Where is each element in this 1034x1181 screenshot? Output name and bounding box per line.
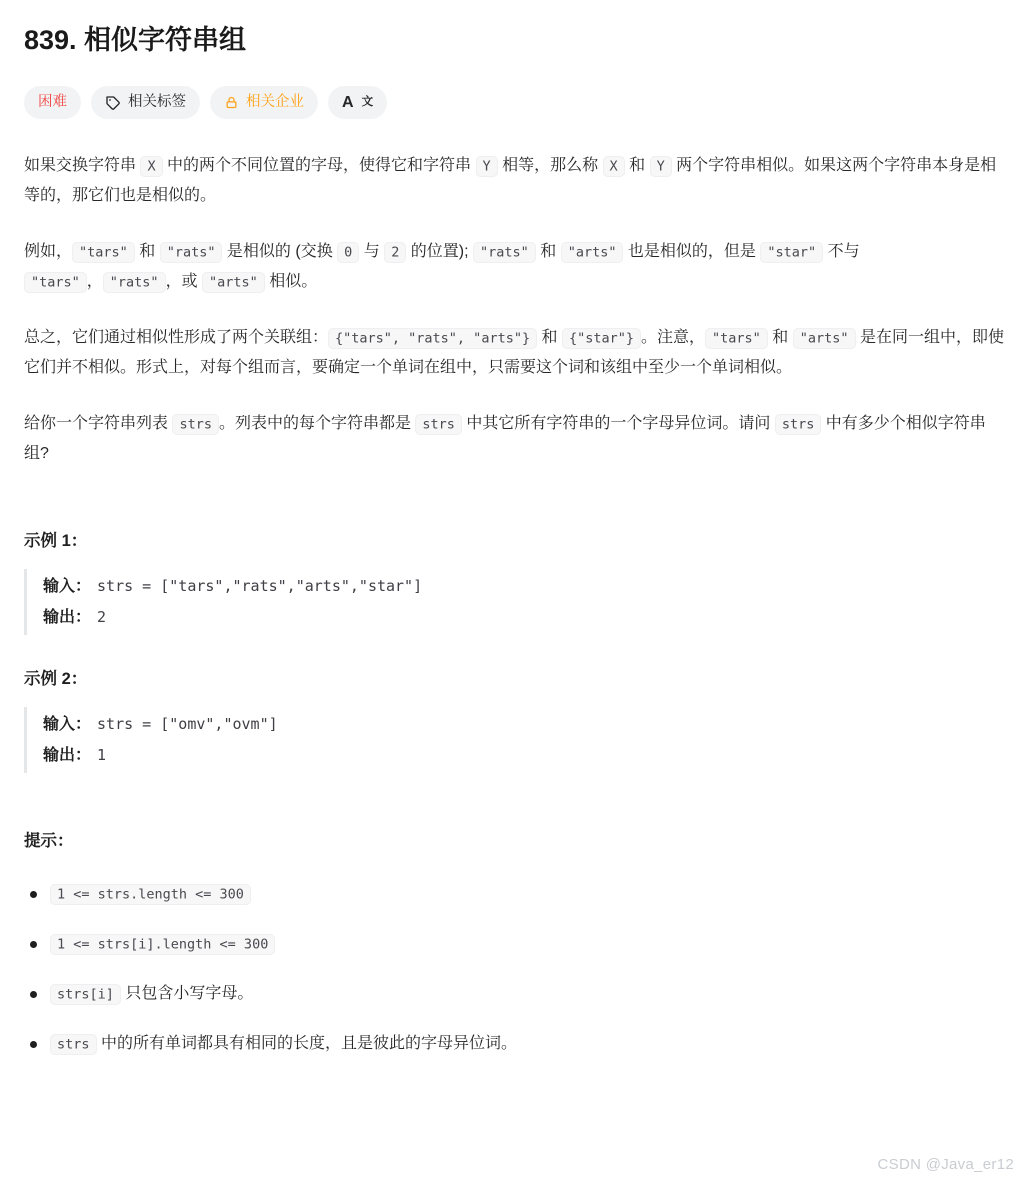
inline-code: {"tars", "rats", "arts"} [328,328,537,349]
inline-code: 0 [337,242,359,263]
inline-code: "rats" [473,242,536,263]
inline-code: X [140,156,162,177]
translate-button[interactable]: A文 [328,86,387,119]
example-2-block: 输入：strs = ["omv","ovm"] 输出：1 [24,707,1010,773]
inline-code: strs [415,414,462,435]
inline-code: {"star"} [562,328,641,349]
inline-code: 1 <= strs[i].length <= 300 [50,934,275,955]
input-label: 输入： [43,716,91,733]
watermark: CSDN @Java_er12 [878,1156,1014,1173]
hints-list: 1 <= strs.length <= 3001 <= strs[i].leng… [24,881,1010,1057]
hint-item: 1 <= strs[i].length <= 300 [24,931,1010,957]
description-paragraph: 给你一个字符串列表 strs。列表中的每个字符串都是 strs 中其它所有字符串… [24,409,1010,469]
description-paragraph: 例如，"tars" 和 "rats" 是相似的 (交换 0 与 2 的位置); … [24,237,1010,297]
inline-code: "tars" [705,328,768,349]
example-2-heading: 示例 2： [24,665,1010,689]
difficulty-badge[interactable]: 困难 [24,86,81,119]
hint-item: 1 <= strs.length <= 300 [24,881,1010,907]
inline-code: Y [650,156,672,177]
inline-code: 1 <= strs.length <= 300 [50,884,251,905]
example-1-output-line: 输出：2 [43,602,1010,633]
inline-code: X [603,156,625,177]
hint-item: strs[i] 只包含小写字母。 [24,981,1010,1007]
hints-heading: 提示： [24,827,1010,851]
inline-code: "tars" [72,242,135,263]
input-label: 输入： [43,578,91,595]
page-title: 839. 相似字符串组 [24,24,1010,56]
input-value: strs = ["tars","rats","arts","star"] [97,577,422,595]
inline-code: strs [775,414,822,435]
related-tags-label: 相关标签 [128,95,186,110]
description-paragraph: 总之，它们通过相似性形成了两个关联组：{"tars", "rats", "art… [24,323,1010,383]
example-1-block: 输入：strs = ["tars","rats","arts","star"] … [24,569,1010,635]
related-companies-button[interactable]: 相关企业 [210,86,318,119]
tag-icon [105,95,121,111]
output-value: 1 [97,746,106,764]
output-value: 2 [97,608,106,626]
inline-code: "arts" [561,242,624,263]
inline-code: "tars" [24,272,87,293]
related-companies-label: 相关企业 [246,95,304,110]
inline-code: "rats" [103,272,166,293]
example-2-input-line: 输入：strs = ["omv","ovm"] [43,709,1010,740]
example-1-heading: 示例 1： [24,527,1010,551]
output-label: 输出： [43,609,91,626]
inline-code: "arts" [793,328,856,349]
inline-code: 2 [384,242,406,263]
inline-code: strs [172,414,219,435]
description-paragraph: 如果交换字符串 X 中的两个不同位置的字母，使得它和字符串 Y 相等，那么称 X… [24,151,1010,211]
hint-item: strs 中的所有单词都具有相同的长度，且是彼此的字母异位词。 [24,1031,1010,1057]
example-2-output-line: 输出：1 [43,740,1010,771]
inline-code: "arts" [202,272,265,293]
problem-page: 839. 相似字符串组 困难 相关标签 [0,0,1034,1181]
output-label: 输出： [43,747,91,764]
inline-code: strs [50,1034,97,1055]
badge-row: 困难 相关标签 相关企业 [24,86,1010,119]
inline-code: strs[i] [50,984,121,1005]
inline-code: Y [476,156,498,177]
input-value: strs = ["omv","ovm"] [97,715,278,733]
example-1-input-line: 输入：strs = ["tars","rats","arts","star"] [43,571,1010,602]
translate-icon: A [342,95,354,111]
problem-description: 如果交换字符串 X 中的两个不同位置的字母，使得它和字符串 Y 相等，那么称 X… [24,151,1010,469]
examples-section: 示例 1： 输入：strs = ["tars","rats","arts","s… [24,527,1010,773]
related-tags-button[interactable]: 相关标签 [91,86,200,119]
inline-code: "rats" [160,242,223,263]
inline-code: "star" [760,242,823,263]
hints-section: 提示： 1 <= strs.length <= 3001 <= strs[i].… [24,827,1010,1057]
lock-icon [224,95,239,110]
